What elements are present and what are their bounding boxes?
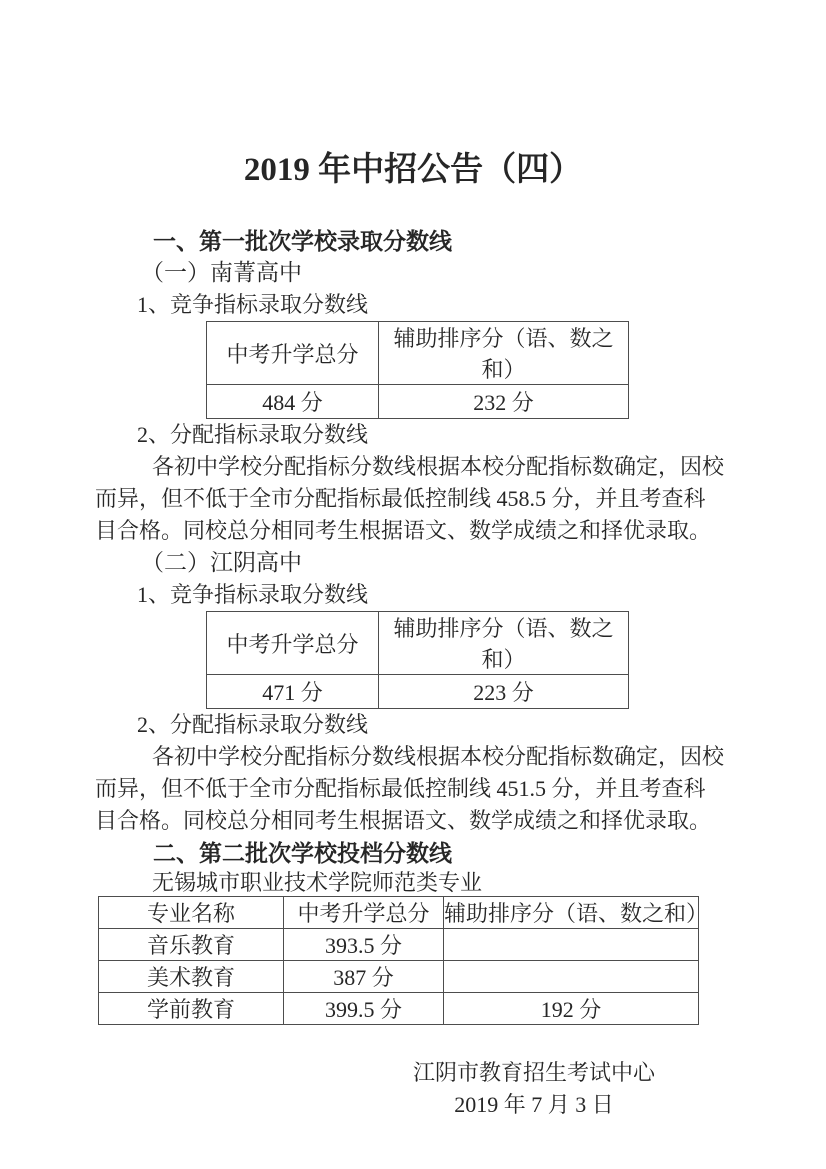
table-value-cell: 232 分 [379,385,629,419]
school2-score-table: 中考升学总分 辅助排序分（语、数之和） 471 分 223 分 [206,611,629,709]
major-name-cell: 学前教育 [99,993,284,1025]
school1-item-competitive: 1、竞争指标录取分数线 [95,289,731,321]
table-header-cell: 中考升学总分 [284,897,444,929]
signature-block: 江阴市教育招生考试中心 2019 年 7 月 3 日 [242,1057,826,1121]
table-value-row: 484 分 232 分 [207,385,629,419]
section2-heading: 二、第二批次学校投档分数线 [95,837,731,869]
total-score-cell: 393.5 分 [284,929,444,961]
aux-score-cell [444,961,699,993]
table-header-cell: 辅助排序分（语、数之和） [379,612,629,675]
major-name-cell: 音乐教育 [99,929,284,961]
majors-table: 专业名称 中考升学总分 辅助排序分（语、数之和） 音乐教育 393.5 分 美术… [98,896,699,1025]
table-value-cell: 223 分 [379,675,629,709]
table-header-cell: 专业名称 [99,897,284,929]
total-score-cell: 387 分 [284,961,444,993]
major-name-cell: 美术教育 [99,961,284,993]
total-score-cell: 399.5 分 [284,993,444,1025]
table-row: 学前教育 399.5 分 192 分 [99,993,699,1025]
paragraph-line: 而异，但不低于全市分配指标最低控制线 458.5 分，并且考查科 [95,483,731,515]
paragraph-line: 目合格。同校总分相同考生根据语文、数学成绩之和择优录取。 [95,805,731,837]
table-header-cell: 中考升学总分 [207,322,379,385]
school1-item-allocated: 2、分配指标录取分数线 [95,419,731,451]
paragraph-line: 而异，但不低于全市分配指标最低控制线 451.5 分，并且考查科 [95,773,731,805]
school2-item-allocated: 2、分配指标录取分数线 [95,709,731,741]
paragraph-line: 目合格。同校总分相同考生根据语文、数学成绩之和择优录取。 [95,515,731,547]
signature-date: 2019 年 7 月 3 日 [242,1089,826,1121]
document-page: 2019 年中招公告（四） 一、第一批次学校录取分数线 （一）南菁高中 1、竞争… [0,0,826,1121]
aux-score-cell [444,929,699,961]
school2-item-competitive: 1、竞争指标录取分数线 [95,579,731,611]
table-value-row: 471 分 223 分 [207,675,629,709]
table-header-cell: 中考升学总分 [207,612,379,675]
paragraph-line: 各初中学校分配指标分数线根据本校分配指标数确定，因校 [95,741,731,773]
table-header-cell: 辅助排序分（语、数之和） [444,897,699,929]
school1-name: （一）南菁高中 [95,257,731,289]
document-title: 2019 年中招公告（四） [95,145,731,195]
signature-org: 江阴市教育招生考试中心 [242,1057,826,1089]
table-header-row: 专业名称 中考升学总分 辅助排序分（语、数之和） [99,897,699,929]
table-row: 美术教育 387 分 [99,961,699,993]
table-header-cell: 辅助排序分（语、数之和） [379,322,629,385]
aux-score-cell: 192 分 [444,993,699,1025]
paragraph-line: 各初中学校分配指标分数线根据本校分配指标数确定，因校 [95,451,731,483]
school2-name: （二）江阴高中 [95,547,731,579]
table-value-cell: 471 分 [207,675,379,709]
section1-heading: 一、第一批次学校录取分数线 [95,225,731,257]
school1-score-table: 中考升学总分 辅助排序分（语、数之和） 484 分 232 分 [206,321,629,419]
table-header-row: 中考升学总分 辅助排序分（语、数之和） [207,612,629,675]
section2-subtitle: 无锡城市职业技术学院师范类专业 [95,869,731,896]
table-value-cell: 484 分 [207,385,379,419]
table-header-row: 中考升学总分 辅助排序分（语、数之和） [207,322,629,385]
table-row: 音乐教育 393.5 分 [99,929,699,961]
